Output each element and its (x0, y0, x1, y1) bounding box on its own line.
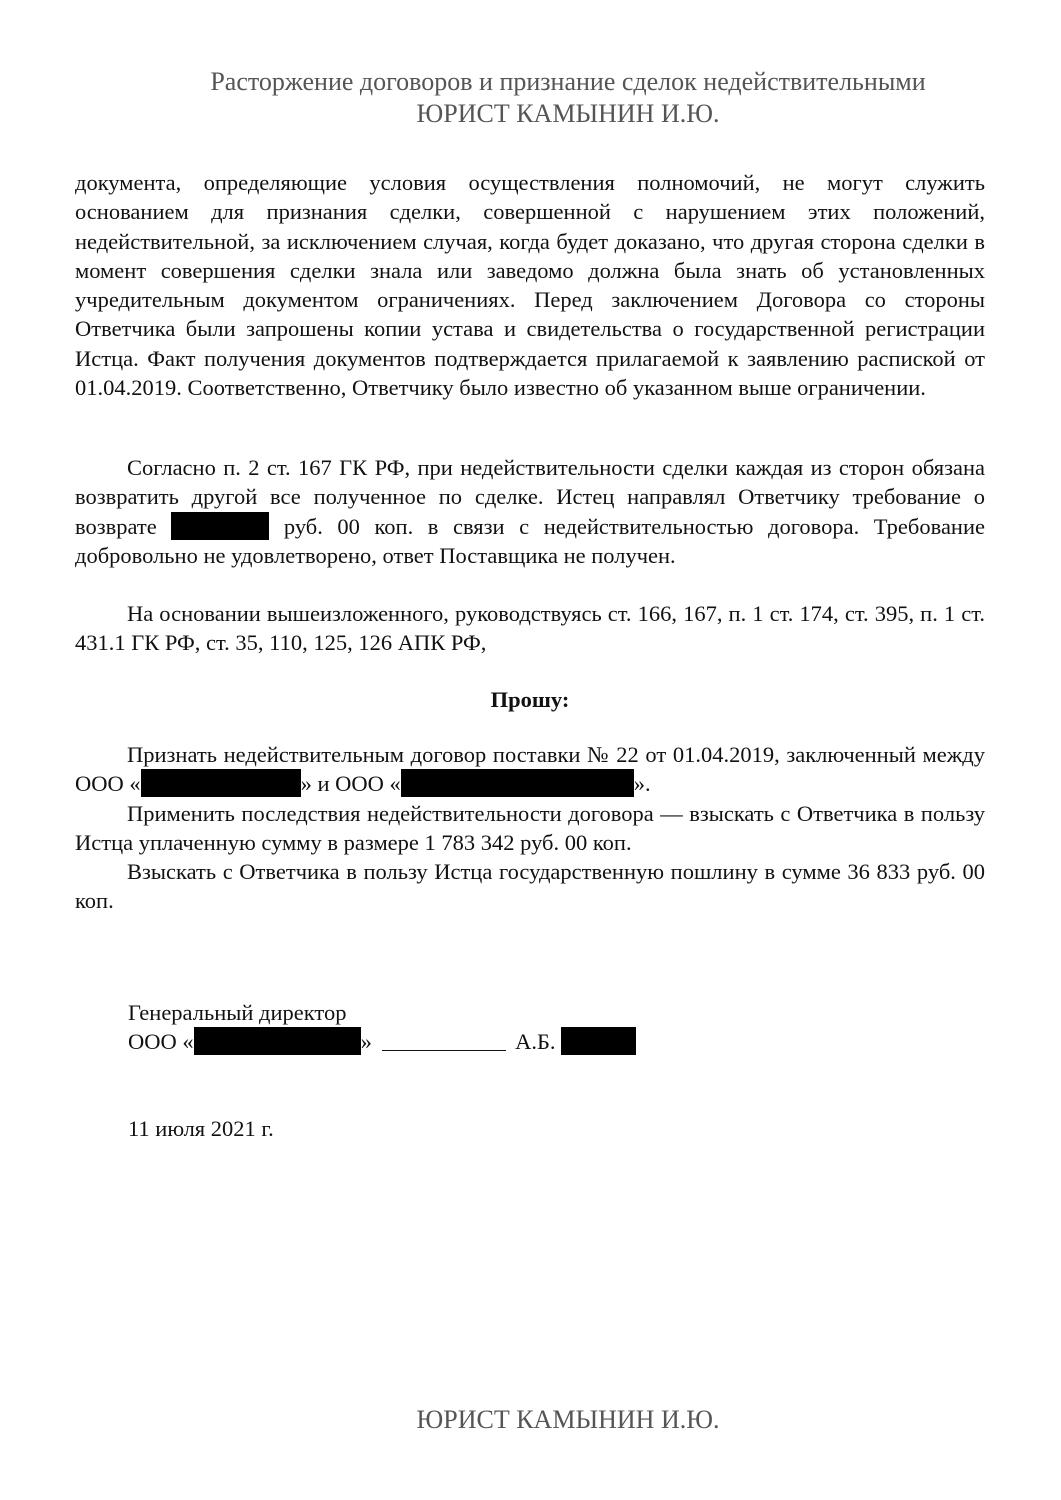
paragraph-text: На основании вышеизложенного, руководств… (75, 599, 985, 658)
request-item-1: Признать недействительным договор постав… (75, 740, 985, 799)
request-item-2: Применить последствия недействительности… (75, 799, 985, 858)
redacted-org-name (194, 1027, 361, 1055)
signature-blank (382, 1030, 506, 1051)
paragraph-legal-basis: На основании вышеизложенного, руководств… (75, 599, 985, 658)
paragraph-text: документа, определяющие условия осуществ… (75, 168, 985, 402)
document-header-author: ЮРИСТ КАМЫНИН И.Ю. (138, 98, 998, 130)
request-title: Прошу: (75, 685, 985, 714)
redacted-plaintiff-name (141, 769, 301, 797)
signature-position: Генеральный директор (128, 998, 346, 1027)
document-footer-author: ЮРИСТ КАМЫНИН И.Ю. (138, 1405, 998, 1435)
signature-line: ООО «» А.Б. (128, 1027, 636, 1056)
redacted-amount (171, 512, 269, 540)
document-header-title: Расторжение договоров и признание сделок… (138, 66, 998, 98)
paragraph-grounds: документа, определяющие условия осуществ… (75, 168, 985, 402)
document-date: 11 июля 2021 г. (128, 1114, 274, 1143)
request-section: Прошу: (75, 685, 985, 714)
request-item-3: Взыскать с Ответчика в пользу Истца госу… (75, 857, 985, 916)
redacted-surname (561, 1027, 636, 1055)
redacted-defendant-name (401, 769, 634, 797)
paragraph-return-demand: Согласно п. 2 ст. 167 ГК РФ, при недейст… (75, 453, 985, 570)
request-items: Признать недействительным договор постав… (75, 740, 985, 916)
paragraph-text: Согласно п. 2 ст. 167 ГК РФ, при недейст… (75, 453, 985, 570)
